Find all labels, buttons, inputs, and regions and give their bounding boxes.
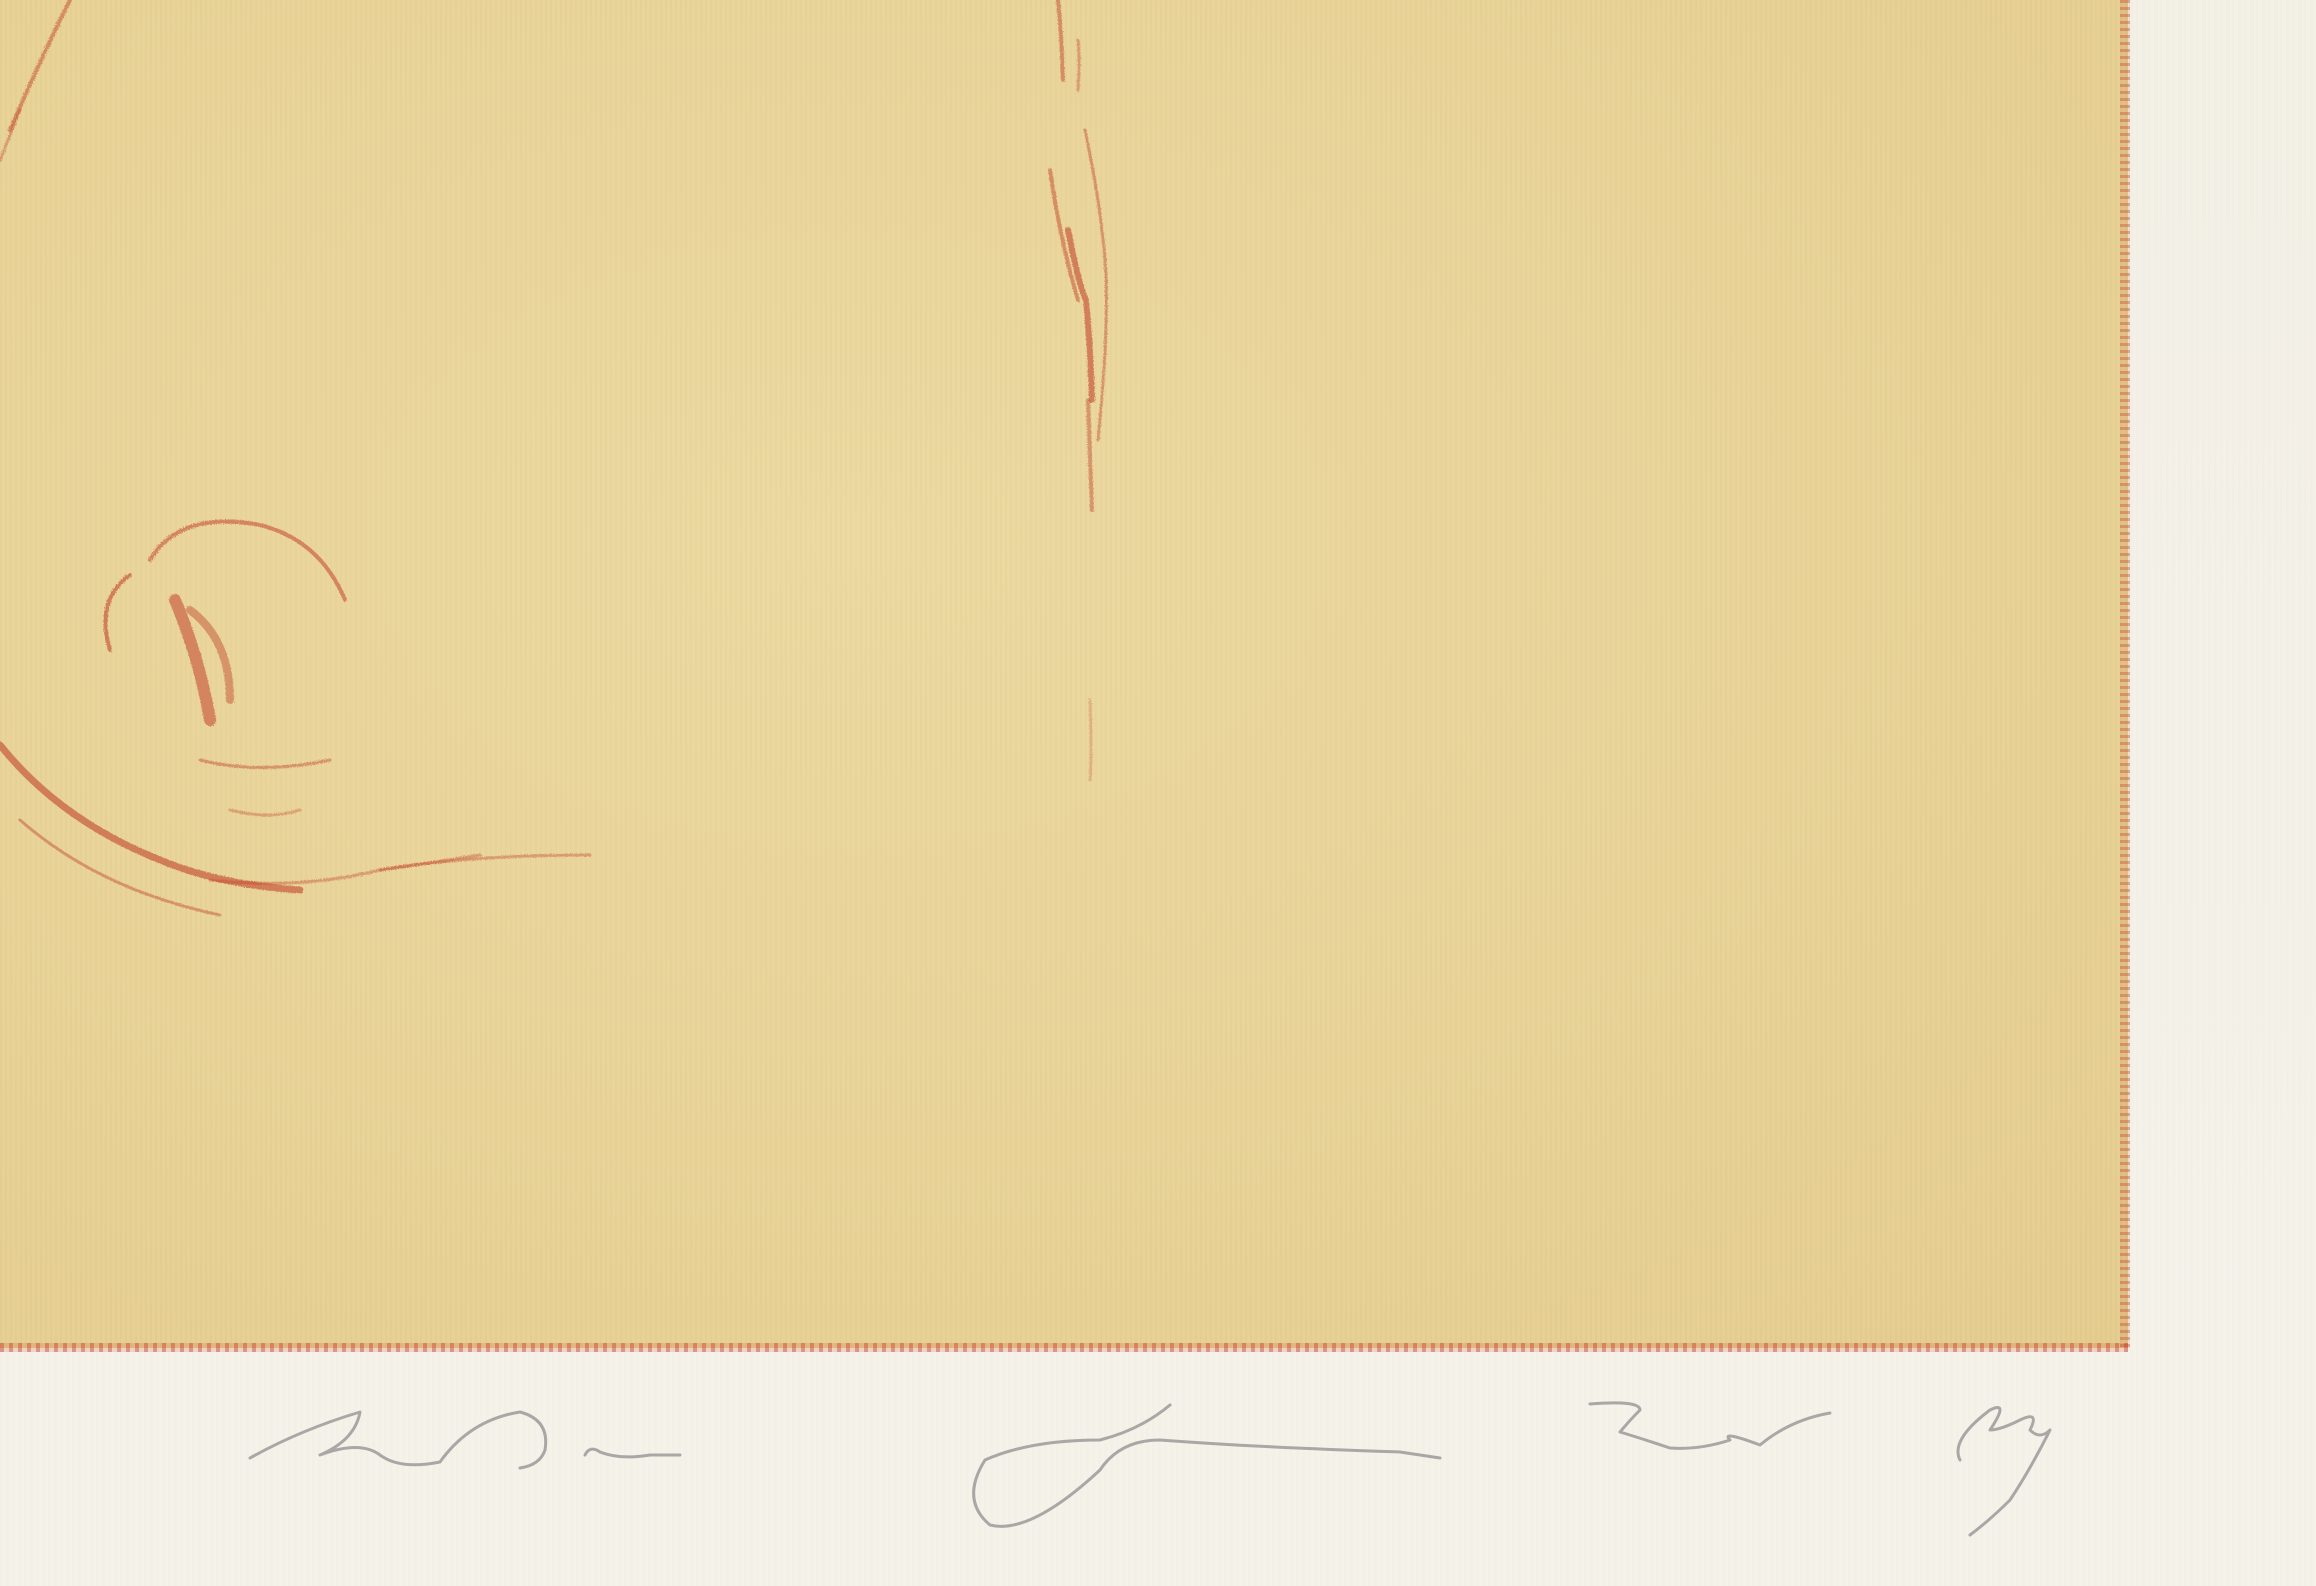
- chalk-drawing: [0, 0, 2316, 1586]
- paper-sheet: Close-up of the lower-right corner of a …: [0, 0, 2316, 1586]
- chalk-lines: [0, 0, 1106, 915]
- pencil-signature: [250, 1403, 2050, 1535]
